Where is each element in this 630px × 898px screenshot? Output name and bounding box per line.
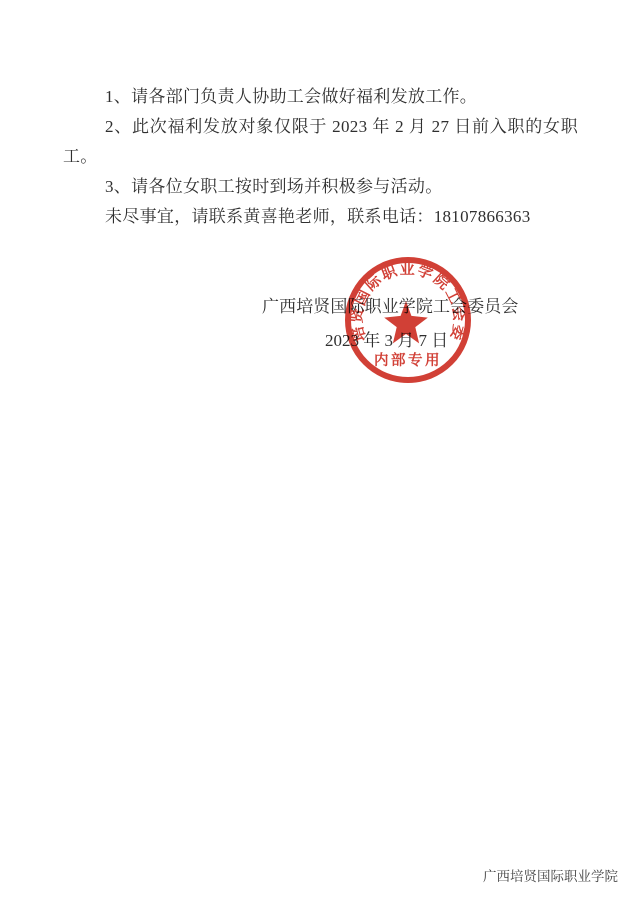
- stamp-bottom-label: 内部专用: [374, 351, 442, 369]
- doc-paragraph: 2、此次福利发放对象仅限于 2023 年 2 月 27 日前入职的女职工。: [63, 112, 578, 172]
- watermark-text: 广西培贤国际职业学院: [483, 865, 618, 885]
- doc-paragraph: 3、请各位女职工按时到场并积极参与活动。: [63, 172, 578, 202]
- doc-paragraph: 未尽事宜，请联系黄喜艳老师，联系电话：18107866363: [63, 202, 578, 232]
- star-icon: [384, 301, 428, 343]
- document-body: 1、请各部门负责人协助工会做好福利发放工作。 2、此次福利发放对象仅限于 202…: [63, 82, 578, 232]
- doc-paragraph: 1、请各部门负责人协助工会做好福利发放工作。: [63, 82, 578, 112]
- official-stamp: 广西培贤国际职业学院工会委员会 内部专用: [342, 254, 474, 386]
- document-page: 1、请各部门负责人协助工会做好福利发放工作。 2、此次福利发放对象仅限于 202…: [0, 0, 630, 898]
